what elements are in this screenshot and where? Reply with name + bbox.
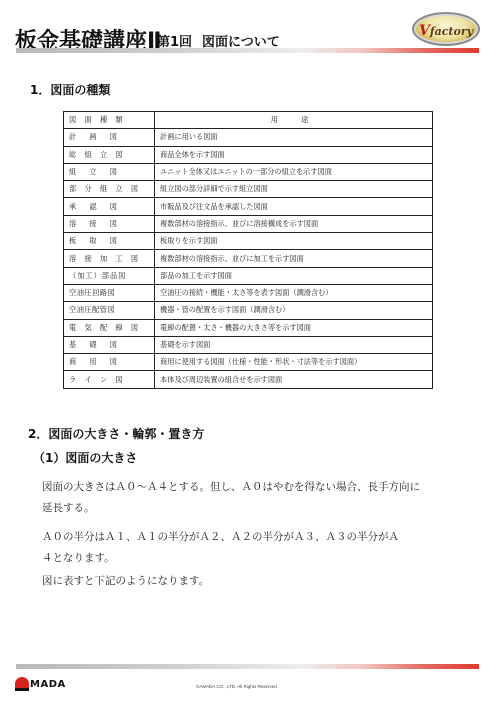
drawing-types-table: 図 面 種 類 用 途 計 画 図計画に用いる図面 総 組 立 図商品全体を示す… xyxy=(63,111,433,389)
cell-kind: 総 組 立 図 xyxy=(64,146,155,163)
table-row: 溶 接 図複数部材の溶接指示、並びに溶接構成を示す図面 xyxy=(64,215,433,232)
copyright-notice: ©AMADA CO., LTD. All Rights Reserved xyxy=(196,684,277,689)
v-factory-logo: Vfactory xyxy=(412,12,480,46)
table-row: （加工）部品図部品の加工を示す図面 xyxy=(64,267,433,284)
body-paragraph-line: 図に表すと下記のようになります。 xyxy=(42,573,209,588)
table-row: 空油圧配管図機器・管の配置を示す図面（潤滑含む） xyxy=(64,302,433,319)
body-paragraph-line: Ａ０の半分はＡ１、Ａ１の半分がＡ２、Ａ２の半分がＡ３、Ａ３の半分がＡ xyxy=(42,529,399,544)
cell-use: 機器・管の配置を示す図面（潤滑含む） xyxy=(155,302,433,319)
cell-kind: 電 気 配 線 図 xyxy=(64,319,155,336)
cell-use: ユニット全体又はユニットの一部分の組立を示す図面 xyxy=(155,163,433,180)
cell-kind: 部 分 組 立 図 xyxy=(64,181,155,198)
cell-use: 複数部材の溶接指示、並びに加工を示す図面 xyxy=(155,250,433,267)
cell-use: 商用に使用する図面（仕様・性能・形状・寸法等を示す図面） xyxy=(155,354,433,371)
table-row: 総 組 立 図商品全体を示す図面 xyxy=(64,146,433,163)
cell-kind: 溶 接 加 工 図 xyxy=(64,250,155,267)
cell-use: 商品全体を示す図面 xyxy=(155,146,433,163)
cell-kind: 組 立 図 xyxy=(64,163,155,180)
cell-use: 電線の配置・太さ・機器の大きさ等を示す図面 xyxy=(155,319,433,336)
body-paragraph-line: 図面の大きさはＡ０～Ａ４とする。但し、Ａ０はやむを得ない場合、長手方向に xyxy=(42,479,420,494)
subsection-heading: （1）図面の大きさ xyxy=(33,449,137,466)
cell-use: 基礎を示す図面 xyxy=(155,336,433,353)
cell-use: 組立図の部分詳細で示す組立図面 xyxy=(155,181,433,198)
header-cell-kind: 図 面 種 類 xyxy=(64,112,155,129)
cell-kind: 空油圧配管図 xyxy=(64,302,155,319)
cell-kind: 基 礎 図 xyxy=(64,336,155,353)
header-cell-use: 用 途 xyxy=(155,112,433,129)
table-row: 板 取 図板取りを示す図面 xyxy=(64,233,433,250)
cell-kind: 溶 接 図 xyxy=(64,215,155,232)
body-paragraph-line: ４となります。 xyxy=(42,550,115,565)
table-row: 電 気 配 線 図電線の配置・太さ・機器の大きさ等を示す図面 xyxy=(64,319,433,336)
amada-logo-text: MADA xyxy=(30,679,66,690)
table-row: 承 認 図市販品及び注文品を承認した図面 xyxy=(64,198,433,215)
section-1-heading: 1．図面の種類 xyxy=(30,81,110,98)
body-paragraph-line: 延長する。 xyxy=(42,500,95,515)
cell-use: 部品の加工を示す図面 xyxy=(155,267,433,284)
v-factory-logo-text: Vfactory xyxy=(414,23,478,39)
cell-use: 計画に用いる図面 xyxy=(155,129,433,146)
cell-kind: ラ イ ン 図 xyxy=(64,371,155,388)
cell-kind: 計 画 図 xyxy=(64,129,155,146)
cell-use: 本体及び周辺装置の組合せを示す図面 xyxy=(155,371,433,388)
table-row: 商 用 図商用に使用する図面（仕様・性能・形状・寸法等を示す図面） xyxy=(64,354,433,371)
table-row: 空油圧回路図空油圧の接続・機能・太さ等を表す図面（潤滑含む） xyxy=(64,284,433,301)
table-row: 組 立 図ユニット全体又はユニットの一部分の組立を示す図面 xyxy=(64,163,433,180)
cell-kind: 空油圧回路図 xyxy=(64,284,155,301)
cell-kind: 板 取 図 xyxy=(64,233,155,250)
cell-kind: 承 認 図 xyxy=(64,198,155,215)
table-row: 基 礎 図基礎を示す図面 xyxy=(64,336,433,353)
amada-logo-mark-icon xyxy=(15,677,29,691)
section-2-heading: 2．図面の大きさ・輪郭・置き方 xyxy=(28,425,204,442)
footer-gradient-divider xyxy=(16,664,479,669)
cell-use: 板取りを示す図面 xyxy=(155,233,433,250)
table-row: 溶 接 加 工 図複数部材の溶接指示、並びに加工を示す図面 xyxy=(64,250,433,267)
cell-use: 空油圧の接続・機能・太さ等を表す図面（潤滑含む） xyxy=(155,284,433,301)
cell-kind: 商 用 図 xyxy=(64,354,155,371)
header-gradient-divider xyxy=(16,48,479,53)
table-row: ラ イ ン 図本体及び周辺装置の組合せを示す図面 xyxy=(64,371,433,388)
cell-kind: （加工）部品図 xyxy=(64,267,155,284)
table-header-row: 図 面 種 類 用 途 xyxy=(64,112,433,129)
table-row: 部 分 組 立 図組立図の部分詳細で示す組立図面 xyxy=(64,181,433,198)
cell-use: 市販品及び注文品を承認した図面 xyxy=(155,198,433,215)
cell-use: 複数部材の溶接指示、並びに溶接構成を示す図面 xyxy=(155,215,433,232)
table-row: 計 画 図計画に用いる図面 xyxy=(64,129,433,146)
